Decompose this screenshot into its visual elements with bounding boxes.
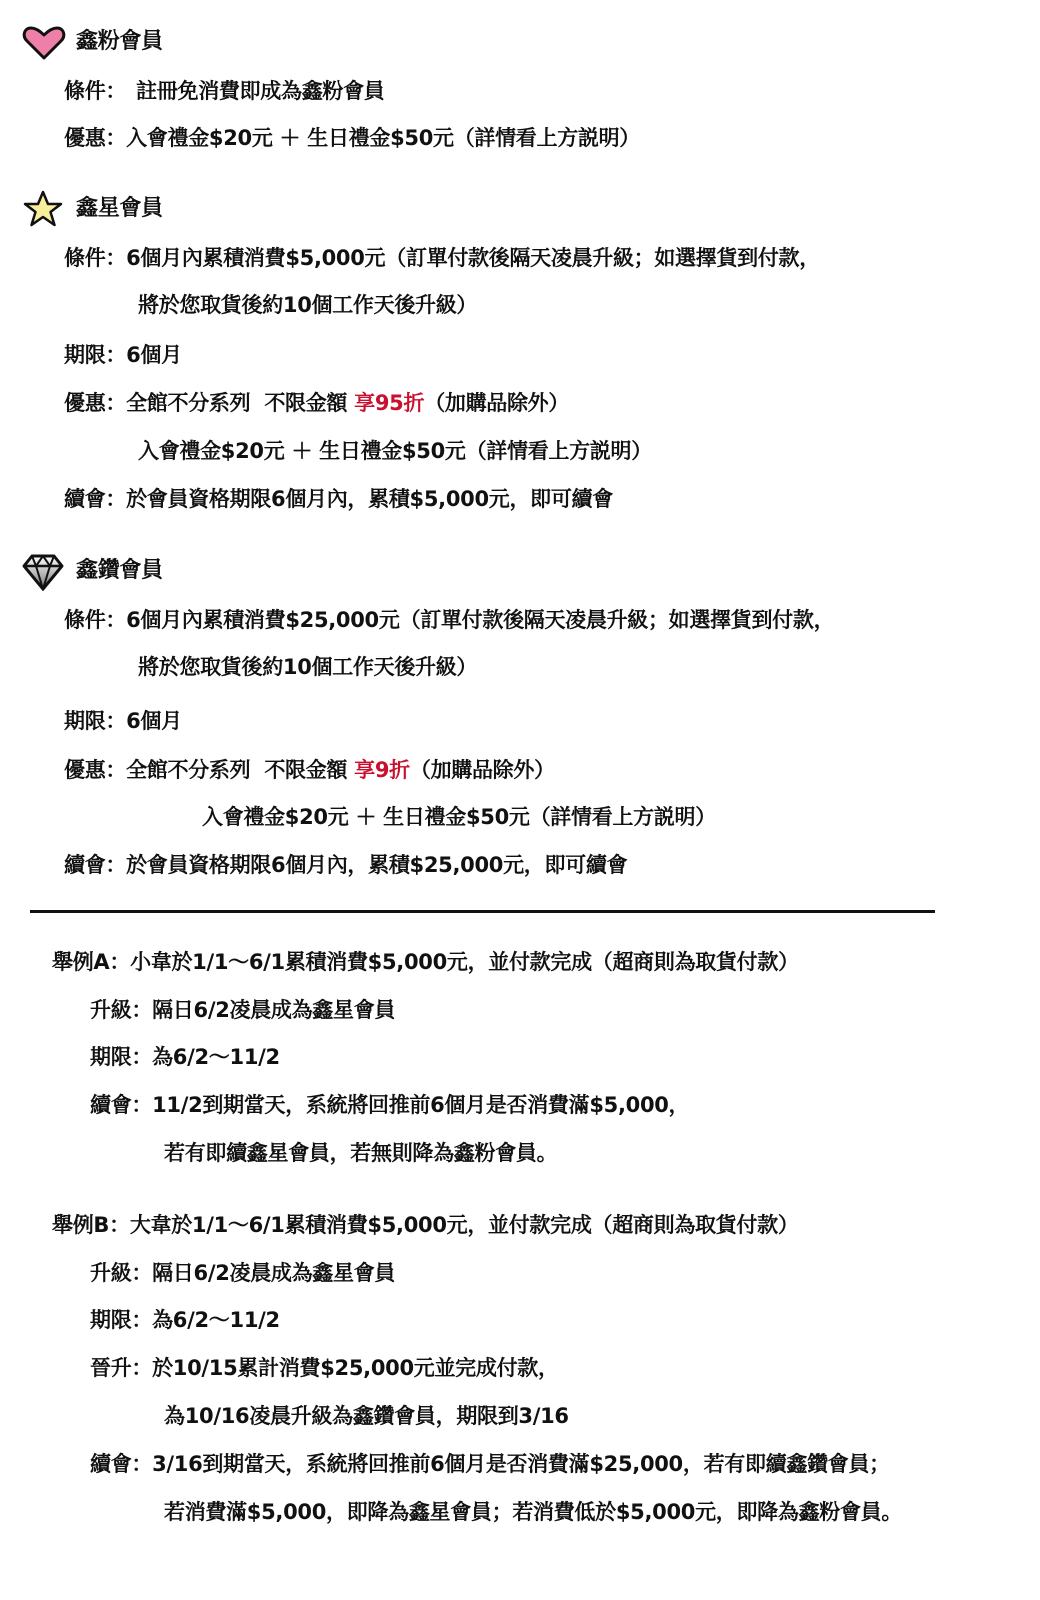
condition-text: 6個月內累積消費$5,000元（訂單付款後隔天凌晨升級；如選擇貨到付款， <box>126 246 820 270</box>
row-continuation: 若消費滿$5,000，即降為鑫星會員；若消費低於$5,000元，即降為鑫粉會員。 <box>164 1498 902 1526</box>
period-label: 期限： <box>64 343 126 367</box>
benefit-row: 優惠：全館不分系列 不限金額 享95折（加購品除外） <box>64 389 569 417</box>
tier-name: 鑫鑽會員 <box>76 557 163 585</box>
benefit-row: 優惠：入會禮金$20元 ＋ 生日禮金$50元（詳情看上方説明） <box>64 124 640 152</box>
row-text: 3/16到期當天，系統將回推前6個月是否消費滿$25,000，若有即續鑫鑽會員； <box>152 1452 890 1476</box>
section-divider <box>30 910 935 913</box>
example-row: 升級：隔日6/2凌晨成為鑫星會員 <box>90 1259 395 1287</box>
condition-text: 註冊免消費即成為鑫粉會員 <box>136 79 384 103</box>
example-title: 舉例A：小韋於1/1～6/1累積消費$5,000元，並付款完成（超商則為取貨付款… <box>52 948 799 976</box>
benefit-continuation: 入會禮金$20元 ＋ 生日禮金$50元（詳情看上方説明） <box>202 803 716 831</box>
row-label: 續會： <box>90 1093 152 1117</box>
benefit-note: （加購品除外） <box>424 391 569 415</box>
heart-icon <box>22 25 66 61</box>
condition-row: 條件：6個月內累積消費$25,000元（訂單付款後隔天凌晨升級；如選擇貨到付款， <box>64 606 834 634</box>
condition-continuation: 將於您取貨後約10個工作天後升級） <box>138 653 477 681</box>
row-label: 續會： <box>90 1452 152 1476</box>
example-row: 續會：11/2到期當天，系統將回推前6個月是否消費滿$5,000， <box>90 1091 689 1119</box>
condition-label: 條件： <box>64 608 126 632</box>
renew-row: 續會：於會員資格期限6個月內，累積$25,000元，即可續會 <box>64 851 627 879</box>
condition-row: 條件：註冊免消費即成為鑫粉會員 <box>64 77 385 105</box>
renew-text: 於會員資格期限6個月內，累積$5,000元，即可續會 <box>126 487 613 511</box>
example-row: 升級：隔日6/2凌晨成為鑫星會員 <box>90 996 395 1024</box>
benefit-continuation: 入會禮金$20元 ＋ 生日禮金$50元（詳情看上方説明） <box>138 437 652 465</box>
row-text: 11/2到期當天，系統將回推前6個月是否消費滿$5,000， <box>152 1093 689 1117</box>
example-row: 期限：為6/2～11/2 <box>90 1306 280 1334</box>
benefit-note: （加購品除外） <box>410 758 555 782</box>
example-title: 舉例B：大韋於1/1～6/1累積消費$5,000元，並付款完成（超商則為取貨付款… <box>52 1211 799 1239</box>
renew-label: 續會： <box>64 487 126 511</box>
row-text: 於10/15累計消費$25,000元並完成付款， <box>152 1356 559 1380</box>
row-text: 隔日6/2凌晨成為鑫星會員 <box>152 998 395 1022</box>
condition-label: 條件： <box>64 246 126 270</box>
row-label: 升級： <box>90 998 152 1022</box>
period-text: 6個月 <box>126 343 182 367</box>
example-row: 續會：3/16到期當天，系統將回推前6個月是否消費滿$25,000，若有即續鑫鑽… <box>90 1450 890 1478</box>
row-label: 期限： <box>90 1308 152 1332</box>
example-label: 舉例B： <box>52 1213 130 1237</box>
tier-name: 鑫粉會員 <box>76 28 163 56</box>
benefit-label: 優惠： <box>64 758 126 782</box>
row-continuation: 若有即續鑫星會員，若無則降為鑫粉會員。 <box>164 1139 557 1167</box>
example-text: 大韋於1/1～6/1累積消費$5,000元，並付款完成（超商則為取貨付款） <box>130 1213 799 1237</box>
benefit-text: 全館不分系列 不限金額 <box>126 391 354 415</box>
period-row: 期限：6個月 <box>64 707 182 735</box>
benefit-text: 入會禮金$20元 ＋ 生日禮金$50元（詳情看上方説明） <box>126 126 640 150</box>
benefit-row: 優惠：全館不分系列 不限金額 享9折（加購品除外） <box>64 756 555 784</box>
star-icon <box>22 190 64 228</box>
period-row: 期限：6個月 <box>64 341 182 369</box>
benefit-label: 優惠： <box>64 126 126 150</box>
example-text: 小韋於1/1～6/1累積消費$5,000元，並付款完成（超商則為取貨付款） <box>130 950 799 974</box>
example-label: 舉例A： <box>52 950 130 974</box>
example-row: 期限：為6/2～11/2 <box>90 1043 280 1071</box>
row-text: 為6/2～11/2 <box>152 1045 280 1069</box>
row-text: 為6/2～11/2 <box>152 1308 280 1332</box>
row-label: 升級： <box>90 1261 152 1285</box>
condition-text: 6個月內累積消費$25,000元（訂單付款後隔天凌晨升級；如選擇貨到付款， <box>126 608 834 632</box>
tier-name: 鑫星會員 <box>76 195 163 223</box>
discount-highlight: 享95折 <box>354 391 424 415</box>
row-label: 晉升： <box>90 1356 152 1380</box>
row-continuation: 為10/16凌晨升級為鑫鑽會員，期限到3/16 <box>164 1402 569 1430</box>
benefit-text: 全館不分系列 不限金額 <box>126 758 354 782</box>
row-label: 期限： <box>90 1045 152 1069</box>
renew-label: 續會： <box>64 853 126 877</box>
period-text: 6個月 <box>126 709 182 733</box>
period-label: 期限： <box>64 709 126 733</box>
benefit-label: 優惠： <box>64 391 126 415</box>
renew-row: 續會：於會員資格期限6個月內，累積$5,000元，即可續會 <box>64 485 613 513</box>
diamond-icon <box>22 553 64 591</box>
condition-continuation: 將於您取貨後約10個工作天後升級） <box>138 291 477 319</box>
condition-label: 條件： <box>64 79 126 103</box>
condition-row: 條件：6個月內累積消費$5,000元（訂單付款後隔天凌晨升級；如選擇貨到付款， <box>64 244 820 272</box>
example-row: 晉升：於10/15累計消費$25,000元並完成付款， <box>90 1354 559 1382</box>
row-text: 隔日6/2凌晨成為鑫星會員 <box>152 1261 395 1285</box>
renew-text: 於會員資格期限6個月內，累積$25,000元，即可續會 <box>126 853 627 877</box>
discount-highlight: 享9折 <box>354 758 410 782</box>
